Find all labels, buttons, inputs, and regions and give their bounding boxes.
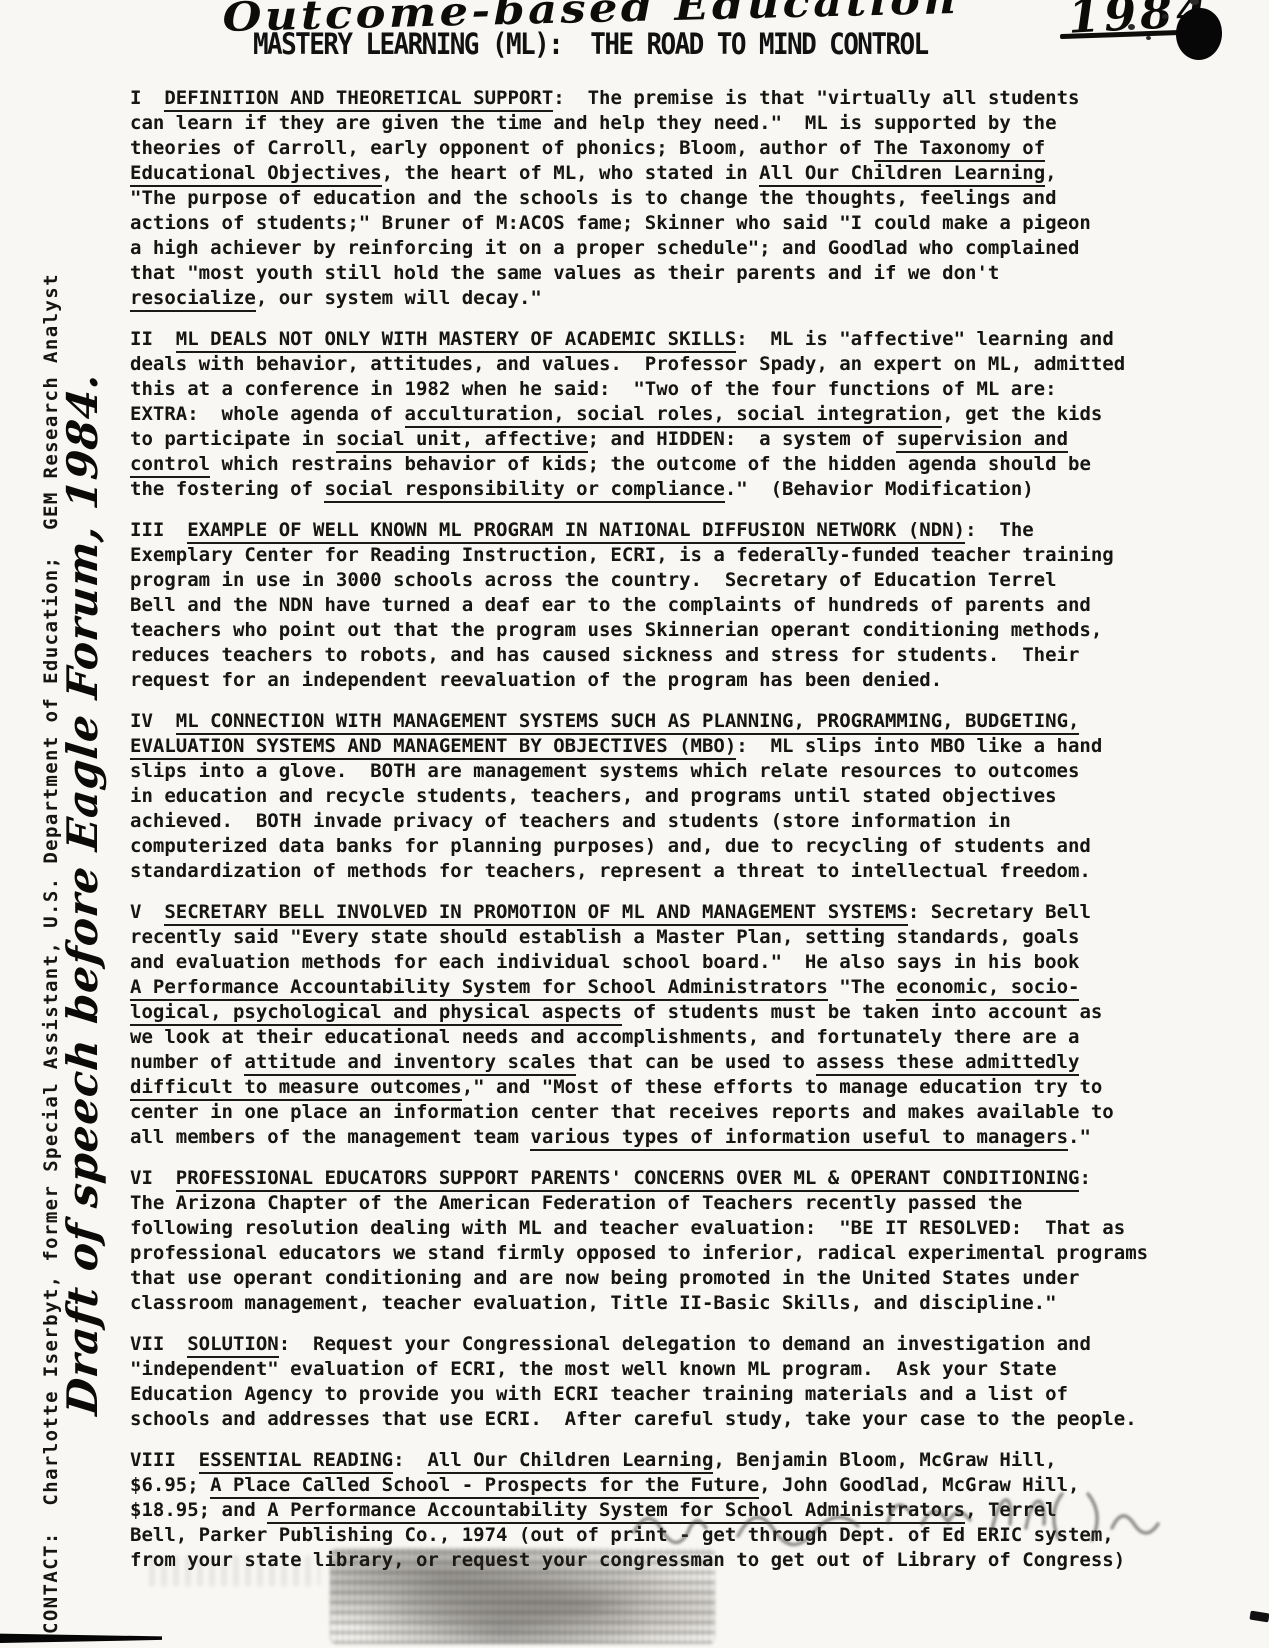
text-line: V SECRETARY BELL INVOLVED IN PROMOTION O… <box>130 900 1190 925</box>
section-IV: IV ML CONNECTION WITH MANAGEMENT SYSTEMS… <box>130 709 1190 884</box>
section-VII: VII SOLUTION: Request your Congressional… <box>130 1332 1190 1432</box>
text-line: "The purpose of education and the school… <box>130 186 1190 211</box>
text-line: difficult to measure outcomes," and "Mos… <box>130 1075 1190 1100</box>
text-line: EXTRA: whole agenda of acculturation, so… <box>130 402 1190 427</box>
underlined-text: EVALUATION SYSTEMS AND MANAGEMENT BY OBJ… <box>130 735 736 760</box>
document-page: Outcome-based Education 1984 MASTERY LEA… <box>0 0 1269 1648</box>
text-line: VI PROFESSIONAL EDUCATORS SUPPORT PARENT… <box>130 1166 1190 1191</box>
text-line: professional educators we stand firmly o… <box>130 1241 1190 1266</box>
text-line: a high achiever by reinforcing it on a p… <box>130 236 1190 261</box>
smudged-stamp <box>330 1548 715 1644</box>
text-line: Bell and the NDN have turned a deaf ear … <box>130 593 1190 618</box>
underlined-text: social unit, affective <box>336 428 588 453</box>
text-line: classroom management, teacher evaluation… <box>130 1291 1190 1316</box>
text-line: Education Agency to provide you with ECR… <box>130 1382 1190 1407</box>
underlined-text: assess these admittedly <box>816 1051 1079 1076</box>
text-line: slips into a glove. BOTH are management … <box>130 759 1190 784</box>
text-line: center in one place an information cente… <box>130 1100 1190 1125</box>
underlined-text: The Taxonomy of <box>874 137 1046 162</box>
section-III: III EXAMPLE OF WELL KNOWN ML PROGRAM IN … <box>130 518 1190 693</box>
text-line: all members of the management team vario… <box>130 1125 1190 1150</box>
underlined-text: logical, psychological and physical aspe… <box>130 1001 622 1026</box>
text-line: The Arizona Chapter of the American Fede… <box>130 1191 1190 1216</box>
underlined-text: Educational Objectives <box>130 162 382 187</box>
scan-artifact-bar <box>0 1632 162 1643</box>
section-II: II ML DEALS NOT ONLY WITH MASTERY OF ACA… <box>130 327 1190 502</box>
text-line: program in use in 3000 schools across th… <box>130 568 1190 593</box>
text-line: to participate in social unit, affective… <box>130 427 1190 452</box>
underlined-text: SOLUTION <box>187 1333 279 1358</box>
underlined-text: ML DEALS NOT ONLY WITH MASTERY OF ACADEM… <box>176 328 737 353</box>
section-I: I DEFINITION AND THEORETICAL SUPPORT: Th… <box>130 86 1190 311</box>
hole-punch-mark <box>1176 8 1222 60</box>
ink-speck <box>1162 14 1168 19</box>
text-line: that "most youth still hold the same val… <box>130 261 1190 286</box>
text-line: number of attitude and inventory scales … <box>130 1050 1190 1075</box>
text-line: actions of students;" Bruner of M:ACOS f… <box>130 211 1190 236</box>
text-line: "independent" evaluation of ECRI, the mo… <box>130 1357 1190 1382</box>
text-line: in education and recycle students, teach… <box>130 784 1190 809</box>
text-line: VII SOLUTION: Request your Congressional… <box>130 1332 1190 1357</box>
underlined-text: control <box>130 453 210 478</box>
scan-artifact-mark <box>1249 1611 1269 1623</box>
underlined-text: PROFESSIONAL EDUCATORS SUPPORT PARENTS' … <box>176 1167 1080 1192</box>
underlined-text: ML CONNECTION WITH MANAGEMENT SYSTEMS SU… <box>176 710 1080 735</box>
underlined-text: resocialize <box>130 287 256 312</box>
text-line: control which restrains behavior of kids… <box>130 452 1190 477</box>
text-line: achieved. BOTH invade privacy of teacher… <box>130 809 1190 834</box>
underlined-text: social responsibility or compliance <box>324 478 724 503</box>
text-line: that use operant conditioning and are no… <box>130 1266 1190 1291</box>
text-line: II ML DEALS NOT ONLY WITH MASTERY OF ACA… <box>130 327 1190 352</box>
text-line: III EXAMPLE OF WELL KNOWN ML PROGRAM IN … <box>130 518 1190 543</box>
document-body: I DEFINITION AND THEORETICAL SUPPORT: Th… <box>130 86 1190 1589</box>
underlined-text: economic, socio- <box>896 976 1079 1001</box>
text-line: the fostering of social responsibility o… <box>130 477 1190 502</box>
underlined-text: difficult to measure outcomes <box>130 1076 462 1101</box>
text-line: EVALUATION SYSTEMS AND MANAGEMENT BY OBJ… <box>130 734 1190 759</box>
underlined-text: acculturation, social roles, social inte… <box>405 403 943 428</box>
text-line: IV ML CONNECTION WITH MANAGEMENT SYSTEMS… <box>130 709 1190 734</box>
text-line: Exemplary Center for Reading Instruction… <box>130 543 1190 568</box>
text-line: resocialize, our system will decay." <box>130 286 1190 311</box>
text-line: deals with behavior, attitudes, and valu… <box>130 352 1190 377</box>
text-line: teachers who point out that the program … <box>130 618 1190 643</box>
text-line: and evaluation methods for each individu… <box>130 950 1190 975</box>
underlined-text: ESSENTIAL READING <box>199 1449 393 1474</box>
underlined-text: various types of information useful to m… <box>530 1126 1068 1151</box>
text-line: Educational Objectives, the heart of ML,… <box>130 161 1190 186</box>
underlined-text: attitude and inventory scales <box>244 1051 576 1076</box>
text-line: following resolution dealing with ML and… <box>130 1216 1190 1241</box>
text-line: recently said "Every state should establ… <box>130 925 1190 950</box>
text-line: schools and addresses that use ECRI. Aft… <box>130 1407 1190 1432</box>
text-line: we look at their educational needs and a… <box>130 1025 1190 1050</box>
text-line: A Performance Accountability System for … <box>130 975 1190 1000</box>
underlined-text: DEFINITION AND THEORETICAL SUPPORT <box>164 87 553 112</box>
document-title: MASTERY LEARNING (ML): THE ROAD TO MIND … <box>253 28 928 62</box>
ink-speck <box>1146 36 1151 40</box>
handwritten-note: Draft of speech before Eagle Forum, 1984… <box>58 370 107 1417</box>
text-line: this at a conference in 1982 when he sai… <box>130 377 1190 402</box>
text-line: reduces teachers to robots, and has caus… <box>130 643 1190 668</box>
underlined-text: All Our Children Learning <box>759 162 1045 187</box>
section-VI: VI PROFESSIONAL EDUCATORS SUPPORT PARENT… <box>130 1166 1190 1316</box>
text-line: computerized data banks for planning pur… <box>130 834 1190 859</box>
text-line: request for an independent reevaluation … <box>130 668 1190 693</box>
section-V: V SECRETARY BELL INVOLVED IN PROMOTION O… <box>130 900 1190 1150</box>
underlined-text: supervision and <box>896 428 1068 453</box>
text-line: standardization of methods for teachers,… <box>130 859 1190 884</box>
text-line: I DEFINITION AND THEORETICAL SUPPORT: Th… <box>130 86 1190 111</box>
underlined-text: SECRETARY BELL INVOLVED IN PROMOTION OF … <box>164 901 908 926</box>
text-line: logical, psychological and physical aspe… <box>130 1000 1190 1025</box>
underlined-text: A Performance Accountability System for … <box>130 976 828 1001</box>
text-line: can learn if they are given the time and… <box>130 111 1190 136</box>
text-line: theories of Carroll, early opponent of p… <box>130 136 1190 161</box>
ink-speck <box>1128 24 1135 30</box>
underlined-text: EXAMPLE OF WELL KNOWN ML PROGRAM IN NATI… <box>187 519 965 544</box>
